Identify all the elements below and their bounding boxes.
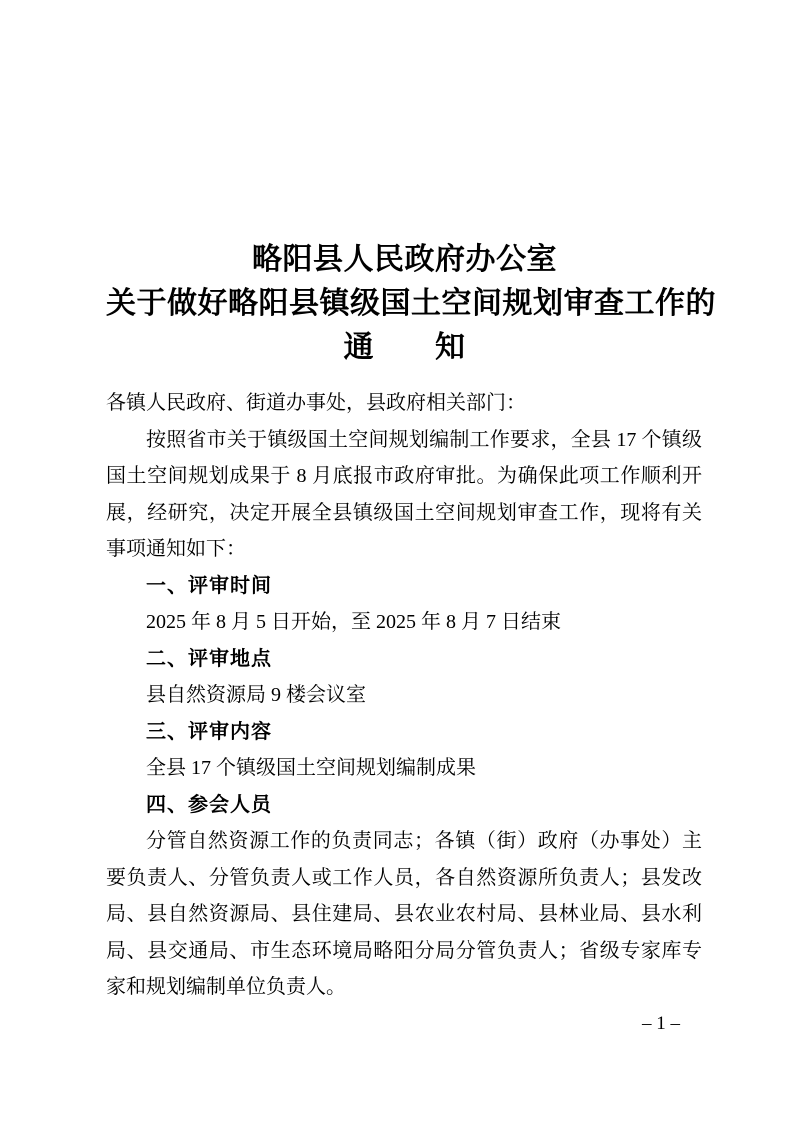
section-1-heading: 一、评审时间 (106, 568, 702, 605)
document-title: 略阳县人民政府办公室 关于做好略阳县镇级国土空间规划审查工作的 通 知 (0, 238, 793, 370)
section-4-heading: 四、参会人员 (106, 787, 702, 824)
intro-paragraph: 按照省市关于镇级国土空间规划编制工作要求，全县 17 个镇级国土空间规划成果于 … (106, 422, 702, 568)
section-2-content: 县自然资源局 9 楼会议室 (106, 677, 702, 714)
salutation-line: 各镇人民政府、街道办事处，县政府相关部门： (106, 385, 702, 422)
page-number: – 1 – (642, 1013, 680, 1034)
section-1-content: 2025 年 8 月 5 日开始，至 2025 年 8 月 7 日结束 (106, 604, 702, 641)
document-body: 各镇人民政府、街道办事处，县政府相关部门： 按照省市关于镇级国土空间规划编制工作… (0, 385, 793, 1006)
section-3-content: 全县 17 个镇级国土空间规划编制成果 (106, 750, 702, 787)
page-footer: – 1 – (0, 1006, 793, 1042)
section-4-content: 分管自然资源工作的负责同志；各镇（街）政府（办事处）主要负责人、分管负责人或工作… (106, 823, 702, 1006)
title-line-notice: 通 知 (106, 326, 703, 370)
title-line-issuer: 略阳县人民政府办公室 (106, 238, 703, 282)
section-3-heading: 三、评审内容 (106, 714, 702, 751)
title-line-subject: 关于做好略阳县镇级国土空间规划审查工作的 (106, 282, 703, 326)
document-page: 略阳县人民政府办公室 关于做好略阳县镇级国土空间规划审查工作的 通 知 各镇人民… (0, 0, 793, 1122)
section-2-heading: 二、评审地点 (106, 641, 702, 678)
